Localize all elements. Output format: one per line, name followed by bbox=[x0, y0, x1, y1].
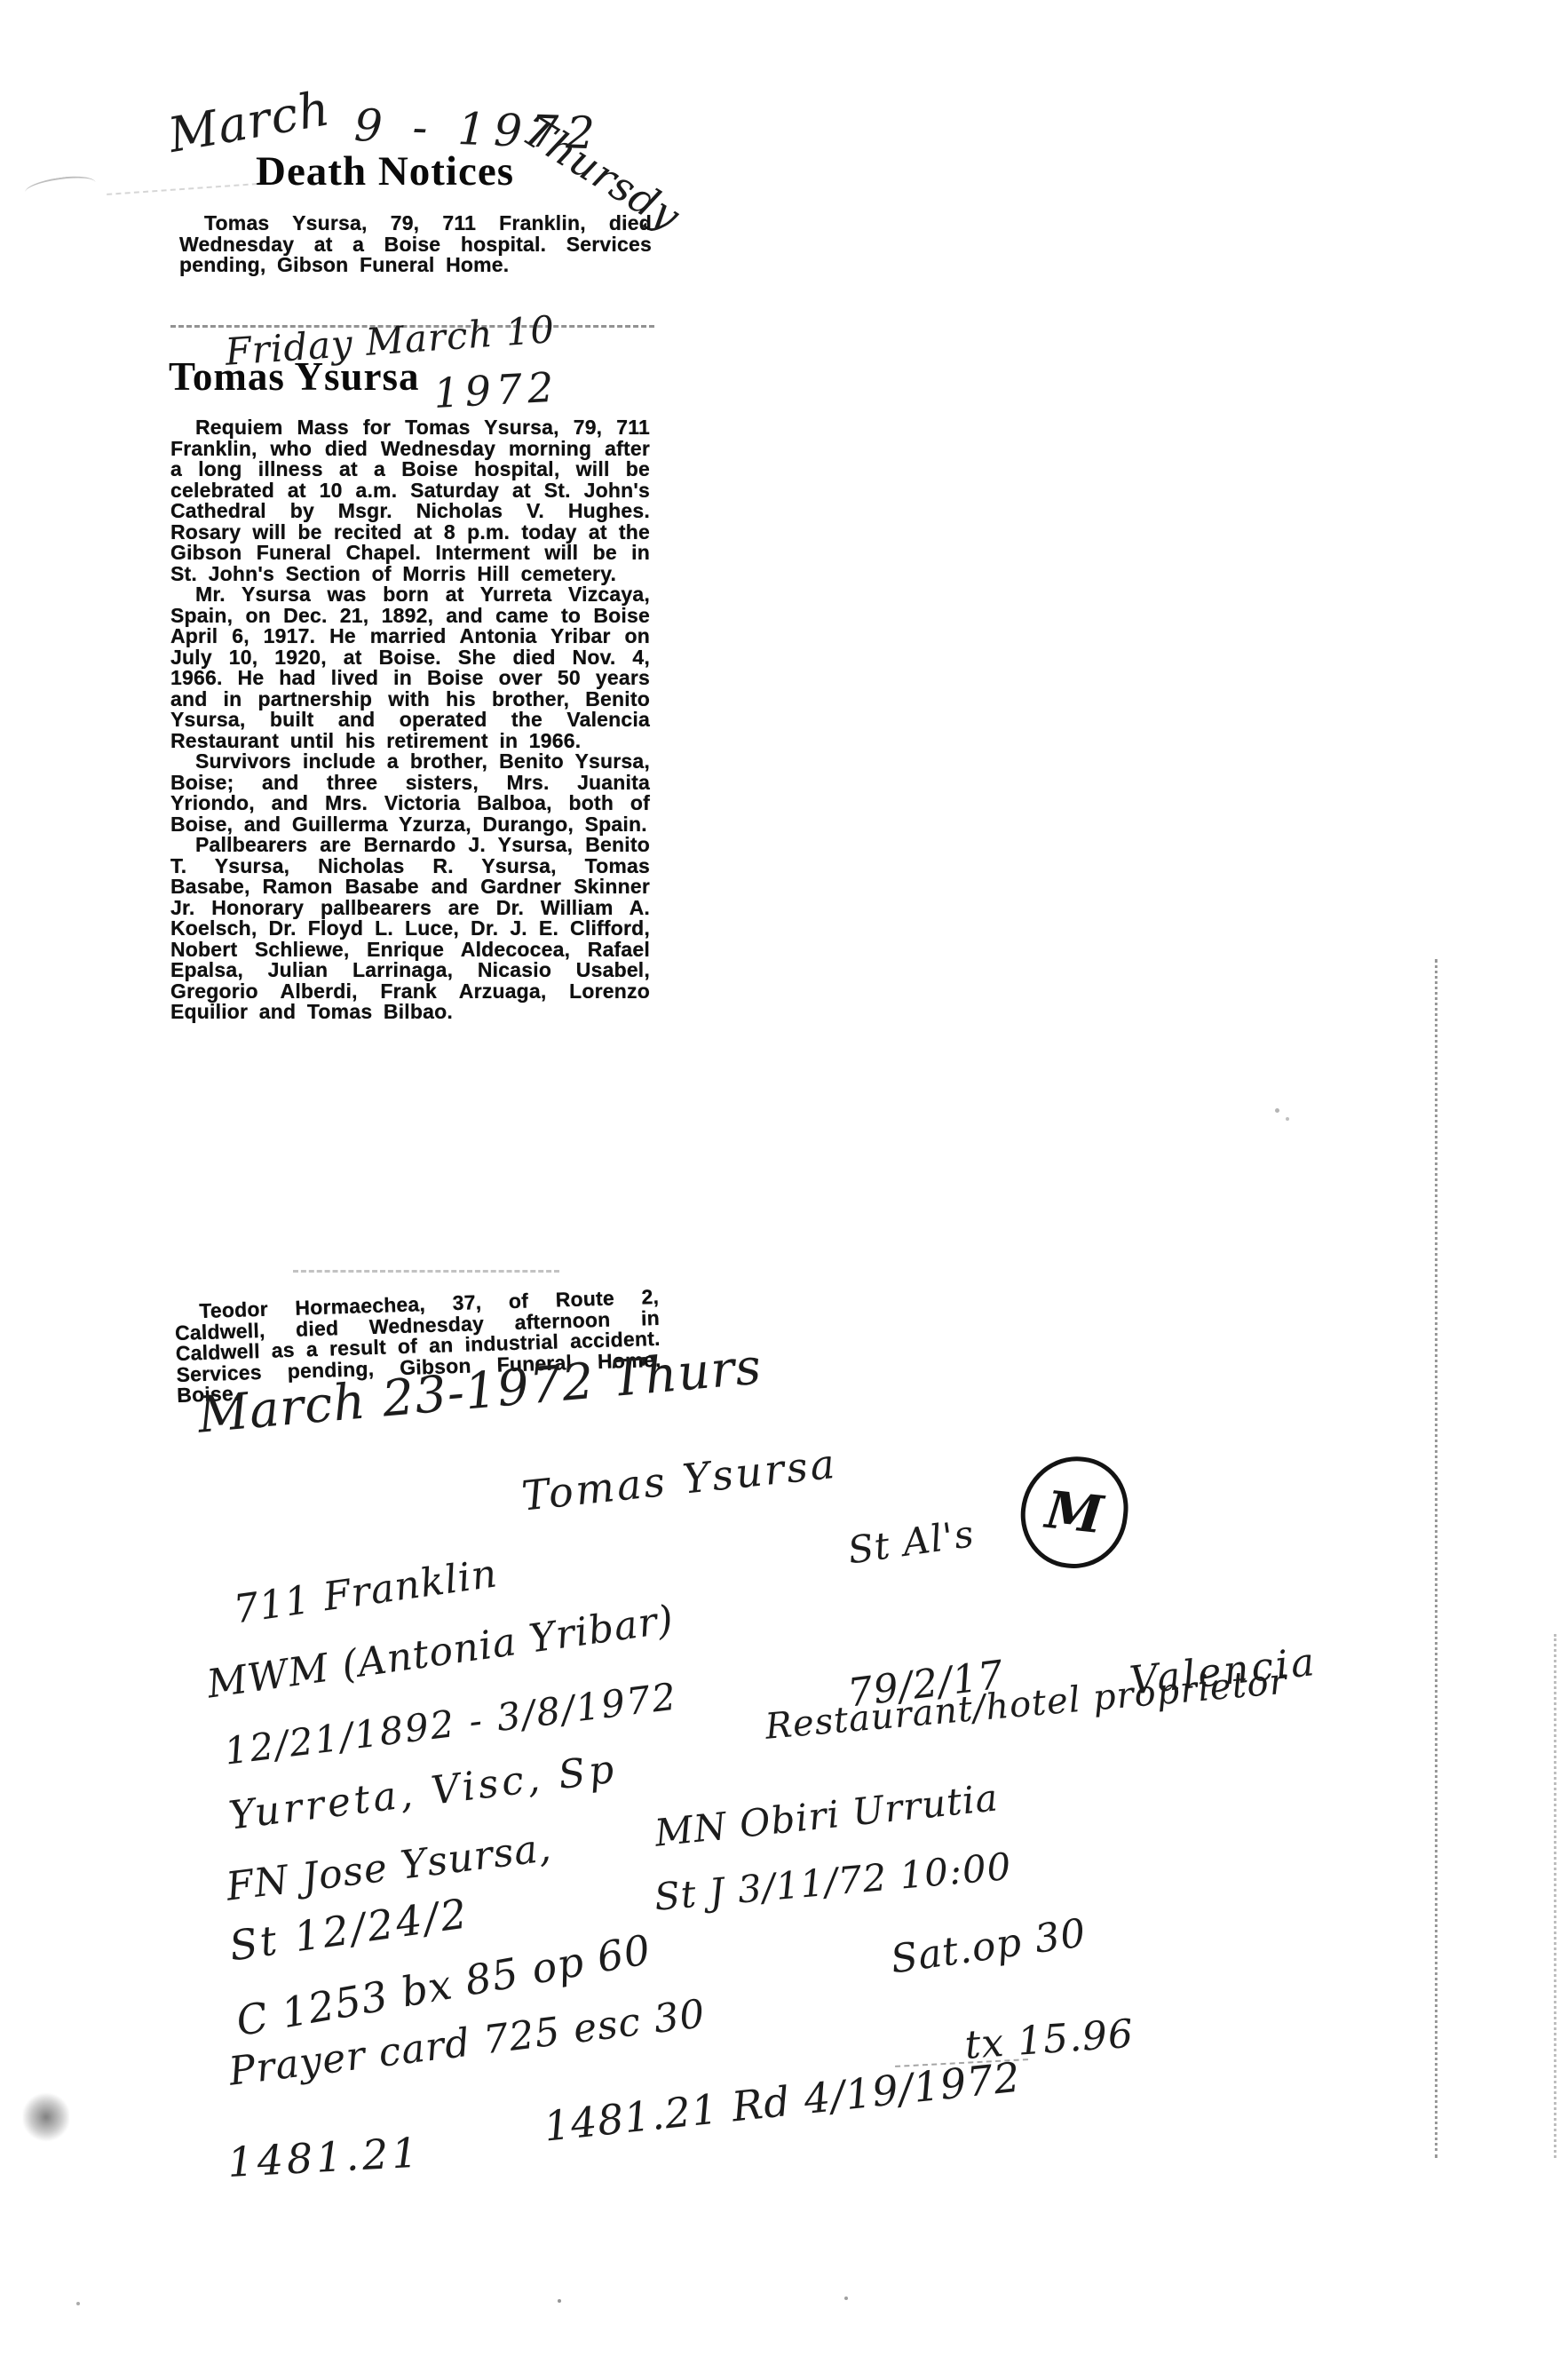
handwritten-note-total: 1481.21 bbox=[226, 2129, 423, 2186]
circled-letter-m: M bbox=[1016, 1451, 1134, 1574]
paper-speck-1 bbox=[1275, 1108, 1279, 1113]
death-notices-headline: Death Notices bbox=[256, 147, 514, 195]
scanned-obituary-page: { "handwritten": { "top": { "part1": "Ma… bbox=[0, 0, 1568, 2356]
dotted-vertical-edge-line bbox=[1554, 1634, 1556, 2158]
handwritten-note-total-received: 1481.21 Rd 4/19/1972 bbox=[542, 2053, 1023, 2151]
obituary-paragraph-biography: Mr. Ysursa was born at Yurreta Vizcaya, … bbox=[170, 584, 650, 751]
paper-speck-3 bbox=[558, 2299, 561, 2303]
obituary-paragraph-survivors: Survivors include a brother, Benito Ysur… bbox=[170, 751, 650, 835]
ysursa-obituary-body: Requiem Mass for Tomas Ysursa, 79, 711 F… bbox=[170, 417, 650, 1023]
ysursa-obituary-headline: Tomas Ysursa bbox=[169, 353, 419, 400]
handwritten-note-st-als: St Al's bbox=[845, 1511, 977, 1572]
obituary-paragraph-pallbearers: Pallbearers are Bernardo J. Ysursa, Beni… bbox=[170, 835, 650, 1023]
faint-dash-mark bbox=[107, 183, 257, 195]
handwritten-note-sat-op: Sat.op 30 bbox=[888, 1910, 1089, 1982]
pencil-arc-mark bbox=[24, 173, 97, 202]
paper-speck-4 bbox=[844, 2297, 848, 2300]
circled-letter-m-text: M bbox=[1043, 1479, 1106, 1545]
clipping-top-edge-mark bbox=[293, 1270, 559, 1273]
ink-smudge bbox=[23, 2092, 69, 2142]
handwritten-note-address: 711 Franklin bbox=[231, 1551, 500, 1632]
handwritten-note-name: Tomas Ysursa bbox=[519, 1440, 839, 1520]
death-notice-ysursa-short-text: Tomas Ysursa, 79, 711 Franklin, died Wed… bbox=[179, 213, 652, 276]
obituary-paragraph-services: Requiem Mass for Tomas Ysursa, 79, 711 F… bbox=[170, 417, 650, 584]
handwritten-note-father: FN Jose Ysursa, bbox=[224, 1825, 554, 1910]
paper-speck-2 bbox=[1286, 1117, 1289, 1121]
handwritten-note-st-john-service: St J 3/11/72 10:00 bbox=[653, 1844, 1013, 1919]
handwritten-year-1972: 1972 bbox=[432, 363, 560, 417]
dotted-vertical-fold-line bbox=[1435, 959, 1437, 2158]
handwritten-note-occupation: Restaurant/hotel proprietor bbox=[764, 1662, 1288, 1748]
death-notice-ysursa-short: Tomas Ysursa, 79, 711 Franklin, died Wed… bbox=[179, 213, 652, 276]
handwritten-note-mother: MN Obiri Urrutia bbox=[653, 1775, 1001, 1854]
paper-speck-5 bbox=[76, 2302, 80, 2305]
